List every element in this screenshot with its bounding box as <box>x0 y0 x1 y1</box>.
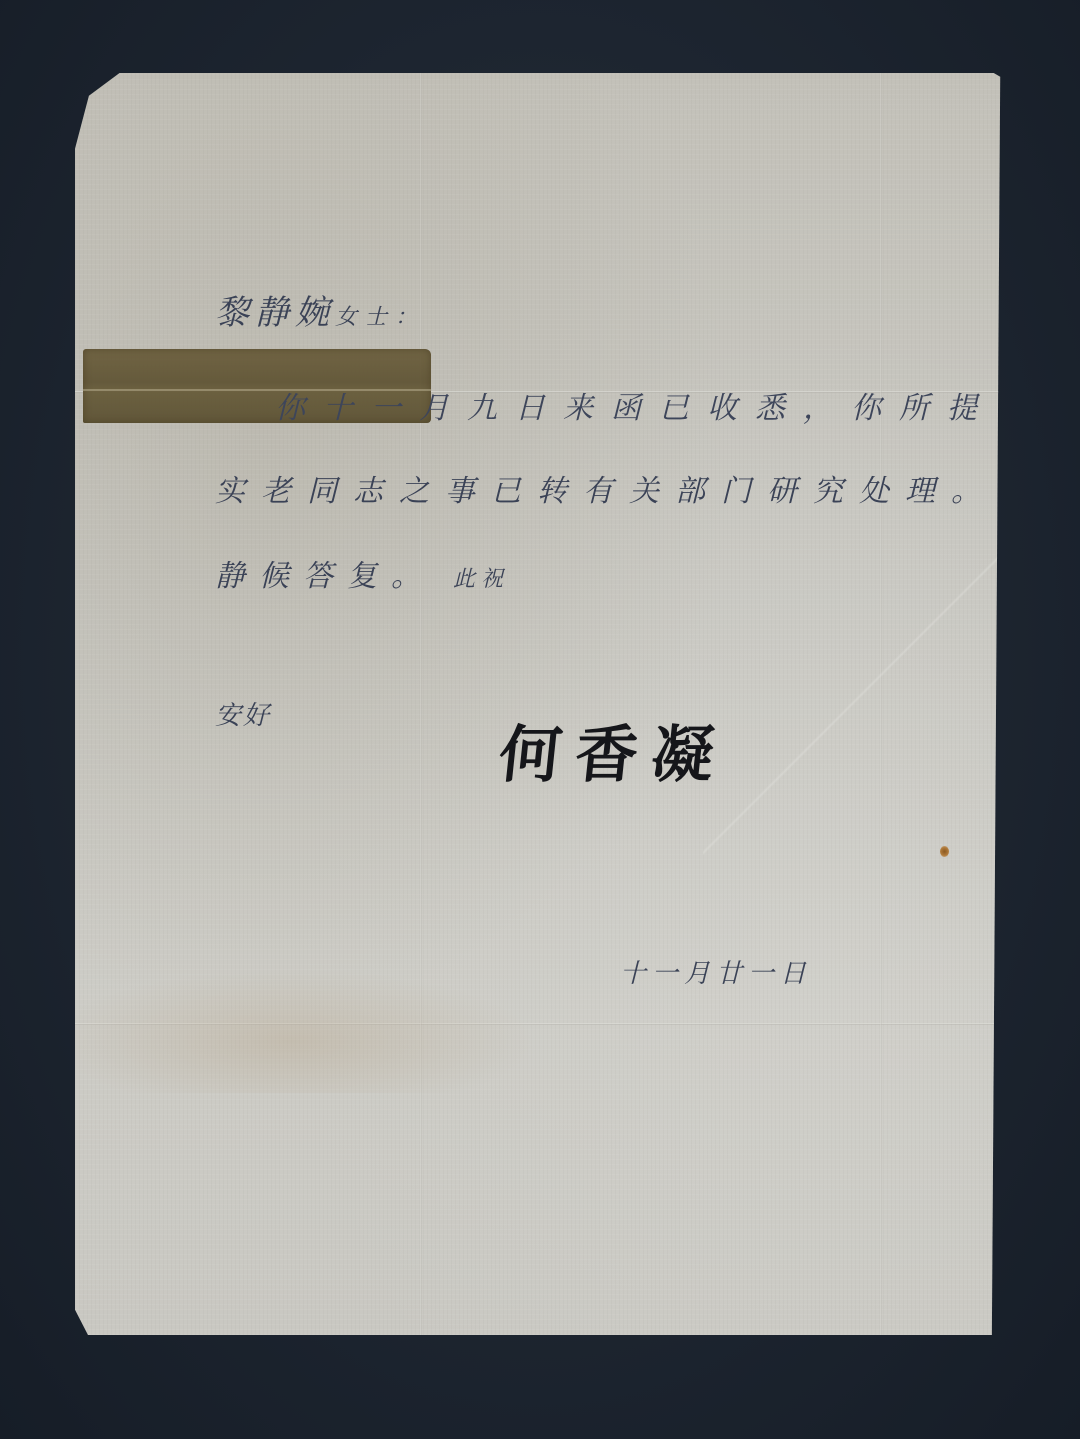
letter-date: 十一月廿一日 <box>620 953 812 990</box>
closing-phrase: 此祝 <box>453 567 509 592</box>
fold-crease-vertical-left <box>420 73 422 1335</box>
rust-spot <box>940 846 949 857</box>
body-line-3: 静候答复。此祝 <box>215 551 509 595</box>
body-line-3-text: 静候答复。 <box>215 559 435 594</box>
recipient-title: 女士： <box>335 305 425 330</box>
fold-crease-vertical-right <box>880 73 882 1335</box>
diagonal-crease <box>703 493 1003 913</box>
signature: 何香凝 <box>495 705 732 794</box>
greeting: 安好 <box>215 695 271 732</box>
fold-crease-horizontal-bottom <box>75 1023 1003 1025</box>
water-stain <box>75 963 555 1093</box>
letter-paper: 黎静婉女士： 你十一月九日来函已收悉，你所提有关黎仲 实老同志之事已转有关部门研… <box>75 73 1003 1335</box>
salutation: 黎静婉女士： <box>215 285 425 334</box>
body-line-1: 你十一月九日来函已收悉，你所提有关黎仲 <box>275 383 1080 427</box>
recipient-name: 黎静婉 <box>215 293 335 333</box>
body-line-2: 实老同志之事已转有关部门研究处理。请你 <box>215 466 1080 510</box>
